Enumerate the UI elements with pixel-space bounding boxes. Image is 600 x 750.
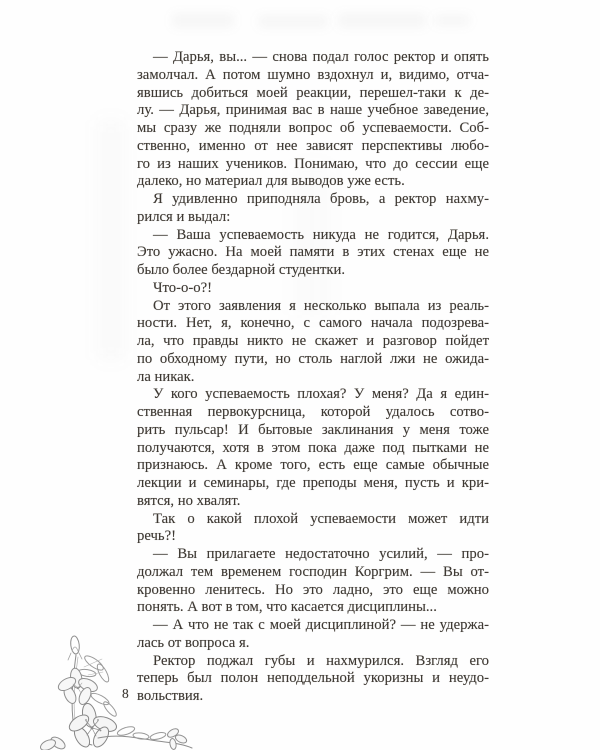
text-line: ла никак. (137, 369, 489, 387)
text-line: речь?! (137, 528, 489, 546)
text-line: — Вы прилагаете недостаточно усилий, — п… (137, 546, 489, 564)
page-text: — Дарья, вы... — снова подал голос ректо… (137, 49, 489, 706)
text-line: вятся, но хвалят. (137, 493, 489, 511)
text-line: ла, что правды никто не скажет и разгово… (137, 333, 489, 351)
text-line: Что-о-о?! (137, 280, 489, 298)
scan-artifact (98, 120, 124, 360)
text-line: Я удивленно приподняла бровь, а ректор н… (137, 191, 489, 209)
text-line: мы сразу же подняли вопрос об успеваемос… (137, 120, 489, 138)
scan-artifact (338, 13, 426, 28)
text-line: У кого успеваемость плохая? У меня? Да я… (137, 386, 489, 404)
text-line: по обходному пути, но столь наглой лжи н… (137, 351, 489, 369)
text-line: получаются, хотя в этом пока даже под пы… (137, 440, 489, 458)
text-line: ственная первокурсница, которой удалось … (137, 404, 489, 422)
text-line: лу. — Дарья, принимая вас в наше учебное… (137, 102, 489, 120)
text-line: ственно, именно от нее зависят перспекти… (137, 138, 489, 156)
text-line: го из наших учеников. Понимаю, что до се… (137, 156, 489, 174)
text-line: замолчал. А потом шумно вздохнул и, види… (137, 67, 489, 85)
text-line: ности. Нет, я, конечно, с самого начала … (137, 315, 489, 333)
scan-artifact (434, 15, 470, 26)
text-line: рить пульсар! И бытовые заклинания у мен… (137, 422, 489, 440)
text-line: — Дарья, вы... — снова подал голос ректо… (137, 49, 489, 67)
text-line: кровенно ленитесь. Но это ладно, это еще… (137, 582, 489, 600)
text-line: было более бездарной студентки. (137, 262, 489, 280)
text-line: понять. А вот в том, что касается дисцип… (137, 599, 489, 617)
book-page: — Дарья, вы... — снова подал голос ректо… (0, 0, 600, 750)
text-line: признаюсь. А кроме того, есть еще самые … (137, 457, 489, 475)
text-line: должал тем временем господин Коргрим. — … (137, 564, 489, 582)
floral-corner-sketch-icon (40, 633, 200, 750)
text-line: далеко, но материал для выводов уже есть… (137, 173, 489, 191)
scan-artifact (258, 15, 328, 28)
text-line: Так о какой плохой успеваемости может ид… (137, 511, 489, 529)
text-line: рился и выдал: (137, 209, 489, 227)
scan-artifact (172, 13, 234, 28)
text-line: — Ваша успеваемость никуда не годится, Д… (137, 227, 489, 245)
text-line: Это ужасно. На моей памяти в этих стенах… (137, 244, 489, 262)
text-line: явшись добиться моей реакции, перешел-та… (137, 85, 489, 103)
text-line: лекции и семинары, где преподы меня, пус… (137, 475, 489, 493)
text-line: От этого заявления я несколько выпала из… (137, 298, 489, 316)
